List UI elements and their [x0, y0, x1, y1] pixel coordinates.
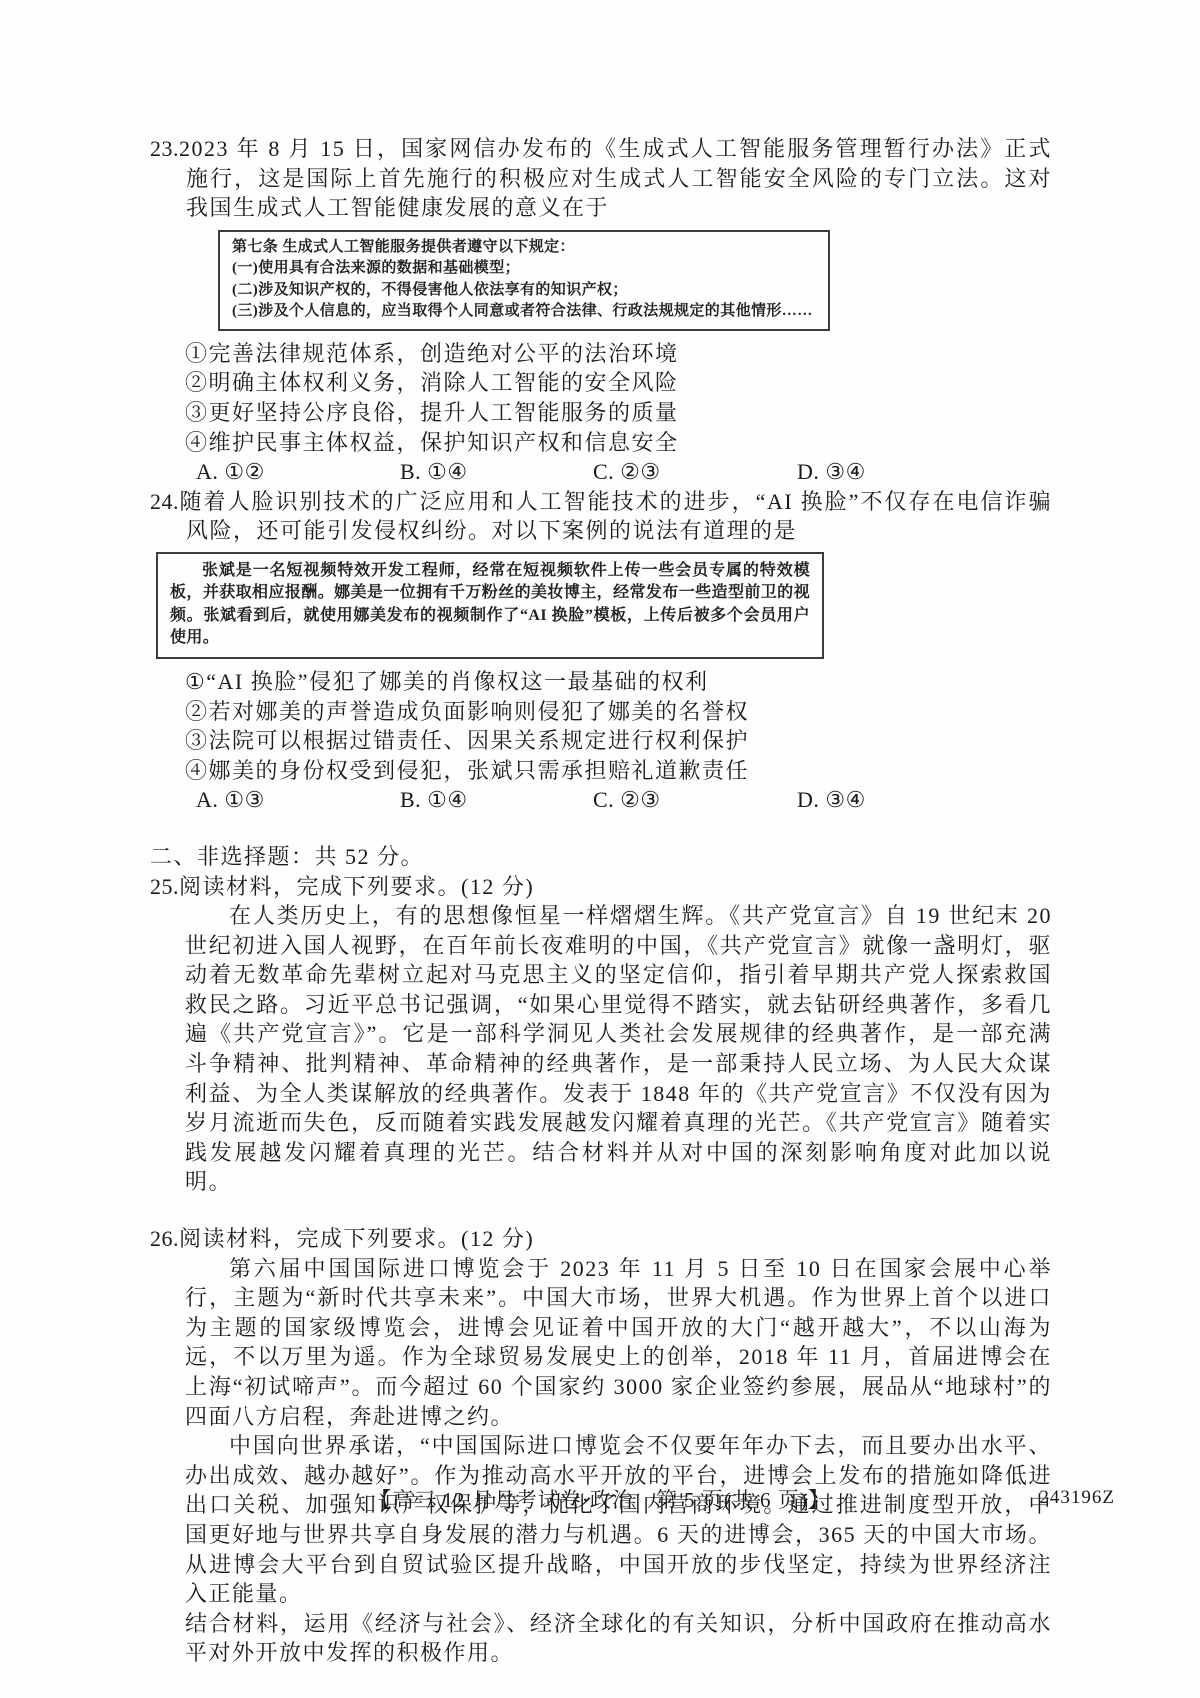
exam-paper-page: 23.2023 年 8 月 15 日，国家网信办发布的《生成式人工智能服务管理暂… — [0, 0, 1200, 1698]
q25-paragraph: 在人类历史上，有的思想像恒星一样熠熠生辉。《共产党宣言》自 19 世纪末 20 … — [185, 901, 1052, 1197]
law-box-line: 第七条 生成式人工智能服务提供者遵守以下规定： — [232, 237, 818, 259]
q23-item-2: ②明确主体权利义务，消除人工智能的安全风险 — [185, 368, 1052, 398]
q24-stem-text: 随着人脸识别技术的广泛应用和人工智能技术的进步，“AI 换脸”不仅存在电信诈骗风… — [179, 489, 1052, 544]
q26-paragraph-1: 第六届中国国际进口博览会于 2023 年 11 月 5 日至 10 日在国家会展… — [185, 1254, 1052, 1432]
q24-items: ①“AI 换脸”侵犯了娜美的肖像权这一最基础的权利 ②若对娜美的声誉造成负面影响… — [150, 667, 1052, 785]
q26-requirement: 结合材料，运用《经济与社会》、经济全球化的有关知识，分析中国政府在推动高水平对外… — [185, 1609, 1052, 1668]
law-box-line: (一)使用具有合法来源的数据和基础模型； — [232, 258, 818, 280]
q25-number: 25. — [150, 874, 179, 899]
q26-title: 26.阅读材料，完成下列要求。(12 分) — [150, 1224, 1052, 1254]
section-2-header: 二、非选择题：共 52 分。 — [150, 842, 1052, 872]
q26-title-text: 阅读材料，完成下列要求。(12 分) — [179, 1226, 534, 1251]
question-24: 24.随着人脸识别技术的广泛应用和人工智能技术的进步，“AI 换脸”不仅存在电信… — [150, 487, 1052, 815]
paper-code: 243196Z — [1039, 1487, 1115, 1509]
q24-choice-a: A. ①③ — [196, 785, 400, 815]
q23-item-3: ③更好坚持公序良俗，提升人工智能服务的质量 — [185, 398, 1052, 428]
q23-stem: 23.2023 年 8 月 15 日，国家网信办发布的《生成式人工智能服务管理暂… — [150, 134, 1052, 223]
q24-item-1: ①“AI 换脸”侵犯了娜美的肖像权这一最基础的权利 — [185, 667, 1052, 697]
law-box-line: (三)涉及个人信息的，应当取得个人同意或者符合法律、行政法规规定的其他情形…… — [232, 301, 818, 323]
page-content: 23.2023 年 8 月 15 日，国家网信办发布的《生成式人工智能服务管理暂… — [0, 0, 1200, 1668]
q23-item-1: ①完善法律规范体系，创造绝对公平的法治环境 — [185, 339, 1052, 369]
q23-law-box: 第七条 生成式人工智能服务提供者遵守以下规定： (一)使用具有合法来源的数据和基… — [218, 230, 830, 331]
q23-stem-text: 2023 年 8 月 15 日，国家网信办发布的《生成式人工智能服务管理暂行办法… — [179, 136, 1052, 220]
question-26: 26.阅读材料，完成下列要求。(12 分) 第六届中国国际进口博览会于 2023… — [150, 1224, 1052, 1668]
question-23: 23.2023 年 8 月 15 日，国家网信办发布的《生成式人工智能服务管理暂… — [150, 134, 1052, 487]
q24-item-4: ④娜美的身份权受到侵犯，张斌只需承担赔礼道歉责任 — [185, 756, 1052, 786]
q26-paragraph-2: 中国向世界承诺，“中国国际进口博览会不仅要年年办下去，而且要办出水平、办出成效、… — [185, 1431, 1052, 1609]
q23-choice-a: A. ①② — [196, 457, 400, 487]
q24-choice-d: D. ③④ — [797, 785, 866, 815]
q24-stem: 24.随着人脸识别技术的广泛应用和人工智能技术的进步，“AI 换脸”不仅存在电信… — [150, 487, 1052, 546]
q24-choices: A. ①③ B. ①④ C. ②③ D. ③④ — [150, 785, 1052, 815]
footer-text: 【高三 12 月月考试卷·政治 第 5 页(共 6 页)】 — [370, 1488, 829, 1512]
q24-number: 24. — [150, 489, 179, 514]
q23-item-4: ④维护民事主体权益，保护知识产权和信息安全 — [185, 428, 1052, 458]
q24-choice-c: C. ②③ — [593, 785, 797, 815]
q24-item-3: ③法院可以根据过错责任、因果关系规定进行权利保护 — [185, 726, 1052, 756]
q26-number: 26. — [150, 1226, 179, 1251]
page-footer: 【高三 12 月月考试卷·政治 第 5 页(共 6 页)】 243196Z — [0, 1484, 1200, 1514]
q23-choices: A. ①② B. ①④ C. ②③ D. ③④ — [150, 457, 1052, 487]
q24-choice-b: B. ①④ — [400, 785, 593, 815]
q23-choice-c: C. ②③ — [593, 457, 797, 487]
question-25: 25.阅读材料，完成下列要求。(12 分) 在人类历史上，有的思想像恒星一样熠熠… — [150, 872, 1052, 1198]
q25-title-text: 阅读材料，完成下列要求。(12 分) — [179, 874, 534, 899]
q24-item-2: ②若对娜美的声誉造成负面影响则侵犯了娜美的名誉权 — [185, 697, 1052, 727]
q24-case-box: 张斌是一名短视频特效开发工程师，经常在短视频软件上传一些会员专属的特效模板，并获… — [156, 552, 824, 659]
q23-items: ①完善法律规范体系，创造绝对公平的法治环境 ②明确主体权利义务，消除人工智能的安… — [150, 339, 1052, 457]
q23-number: 23. — [150, 136, 179, 161]
law-box-line: (二)涉及知识产权的，不得侵害他人依法享有的知识产权； — [232, 280, 818, 302]
q23-choice-b: B. ①④ — [400, 457, 593, 487]
q23-choice-d: D. ③④ — [797, 457, 866, 487]
q25-title: 25.阅读材料，完成下列要求。(12 分) — [150, 872, 1052, 902]
